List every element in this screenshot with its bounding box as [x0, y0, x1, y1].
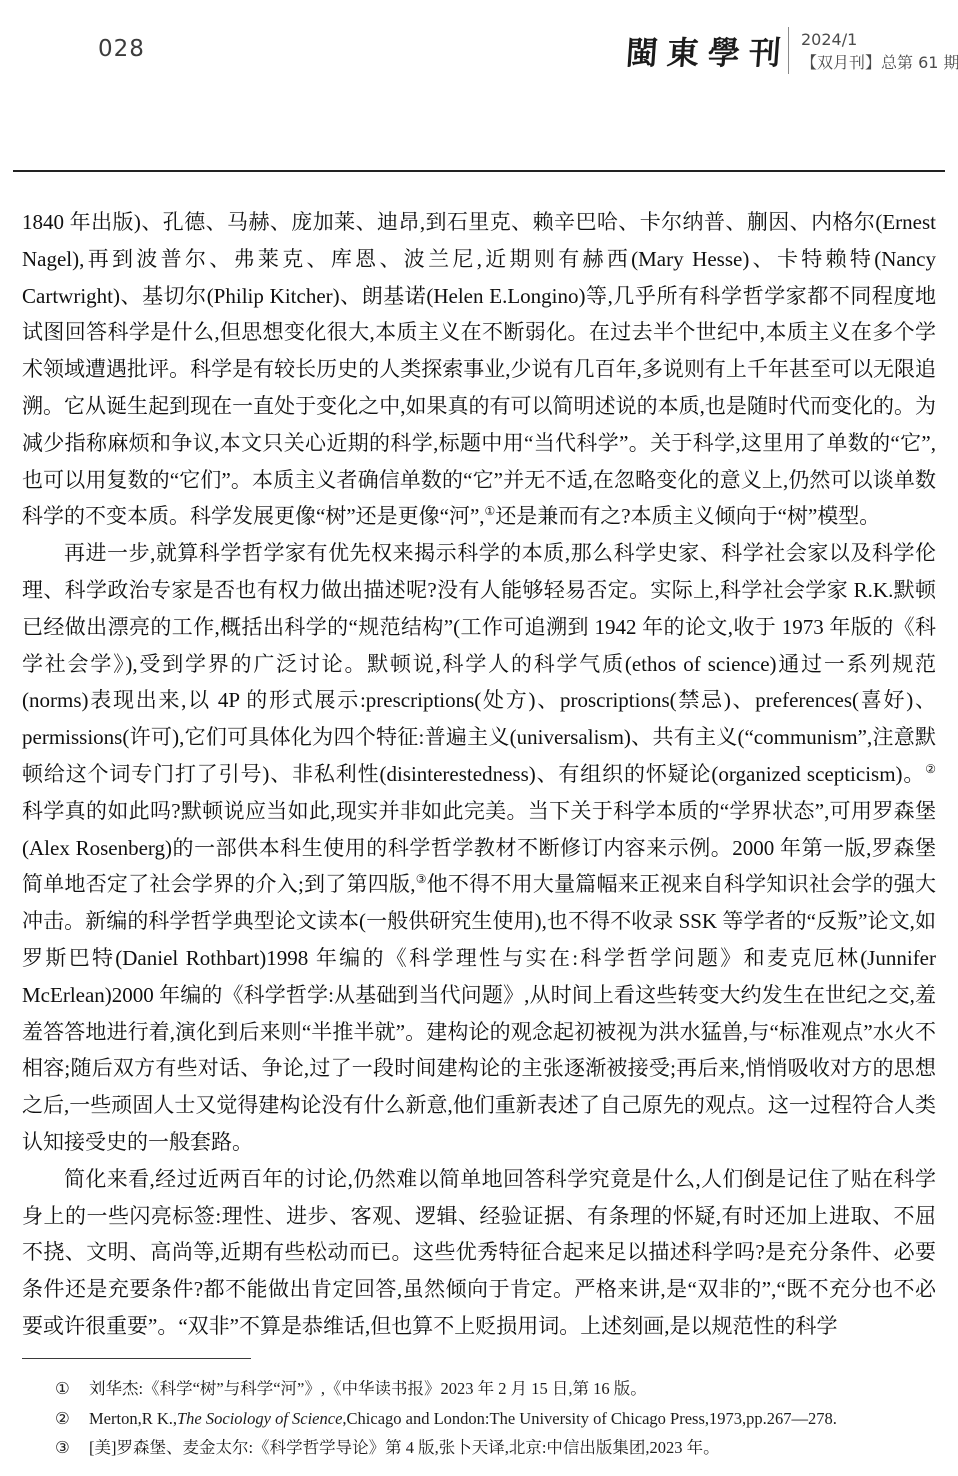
journal-logo: 閩東學刊: [624, 28, 791, 74]
text-run: 还是兼而有之?本质主义倾向于“树”模型。: [495, 504, 880, 528]
issue-info: 2024/1 【双月刊】总第 61 期: [801, 28, 958, 74]
footnote-ref: ③: [415, 872, 426, 886]
footnotes: ①刘华杰:《科学“树”与科学“河”》,《中华读书报》2023 年 2 月 15 …: [22, 1374, 950, 1463]
article-body: 1840 年出版)、孔德、马赫、庞加莱、迪昂,到石里克、赖辛巴哈、卡尔纳普、蒯因…: [22, 204, 936, 1345]
text-run: 刘华杰:《科学“树”与科学“河”》,《中华读书报》2023 年 2 月 15 日…: [89, 1379, 647, 1398]
text-run: 再进一步,就算科学哲学家有优先权来揭示科学的本质,那么科学史家、科学社会家以及科…: [22, 541, 936, 786]
footnote-ref: ②: [925, 762, 936, 776]
paragraph: 1840 年出版)、孔德、马赫、庞加莱、迪昂,到石里克、赖辛巴哈、卡尔纳普、蒯因…: [22, 204, 936, 535]
issue-frequency: 【双月刊】总第 61 期: [801, 51, 958, 74]
text-run: 简化来看,经过近两百年的讨论,仍然难以简单地回答科学究竟是什么,人们倒是记住了贴…: [22, 1167, 936, 1338]
header-rule: [13, 170, 945, 172]
paragraph: 再进一步,就算科学哲学家有优先权来揭示科学的本质,那么科学史家、科学社会家以及科…: [22, 535, 936, 1161]
footnote-text: 刘华杰:《科学“树”与科学“河”》,《中华读书报》2023 年 2 月 15 日…: [89, 1374, 950, 1404]
footnote-rule: [22, 1358, 251, 1359]
issue-year: 2024/1: [801, 28, 958, 51]
masthead-divider: [788, 27, 789, 74]
journal-page: 028 閩東學刊 2024/1 【双月刊】总第 61 期 1840 年出版)、孔…: [0, 0, 958, 1476]
footnote-text: Merton,R K.,The Sociology of Science,Chi…: [89, 1404, 950, 1434]
footnote-marker: ①: [55, 1374, 89, 1404]
text-run: 1840 年出版)、孔德、马赫、庞加莱、迪昂,到石里克、赖辛巴哈、卡尔纳普、蒯因…: [22, 210, 936, 528]
footnote-text: [美]罗森堡、麦金太尔:《科学哲学导论》第 4 版,张卜天译,北京:中信出版集团…: [89, 1433, 950, 1463]
footnote-marker: ③: [55, 1433, 89, 1463]
text-run: [美]罗森堡、麦金太尔:《科学哲学导论》第 4 版,张卜天译,北京:中信出版集团…: [89, 1438, 720, 1457]
text-run: ,Chicago and London:The University of Ch…: [342, 1409, 836, 1428]
footnote-item: ①刘华杰:《科学“树”与科学“河”》,《中华读书报》2023 年 2 月 15 …: [22, 1374, 950, 1404]
page-number: 028: [98, 36, 145, 62]
footnote-item: ③[美]罗森堡、麦金太尔:《科学哲学导论》第 4 版,张卜天译,北京:中信出版集…: [22, 1433, 950, 1463]
text-run: Merton,R K.,: [89, 1409, 177, 1428]
footnote-ref: ①: [485, 504, 496, 518]
book-title-italic: The Sociology of Science: [177, 1409, 342, 1428]
paragraph: 简化来看,经过近两百年的讨论,仍然难以简单地回答科学究竟是什么,人们倒是记住了贴…: [22, 1161, 936, 1345]
footnote-marker: ②: [55, 1404, 89, 1434]
text-run: 他不得不用大量篇幅来正视来自科学知识社会学的强大冲击。新编的科学哲学典型论文读本…: [22, 872, 936, 1154]
footnote-item: ②Merton,R K.,The Sociology of Science,Ch…: [22, 1404, 950, 1434]
